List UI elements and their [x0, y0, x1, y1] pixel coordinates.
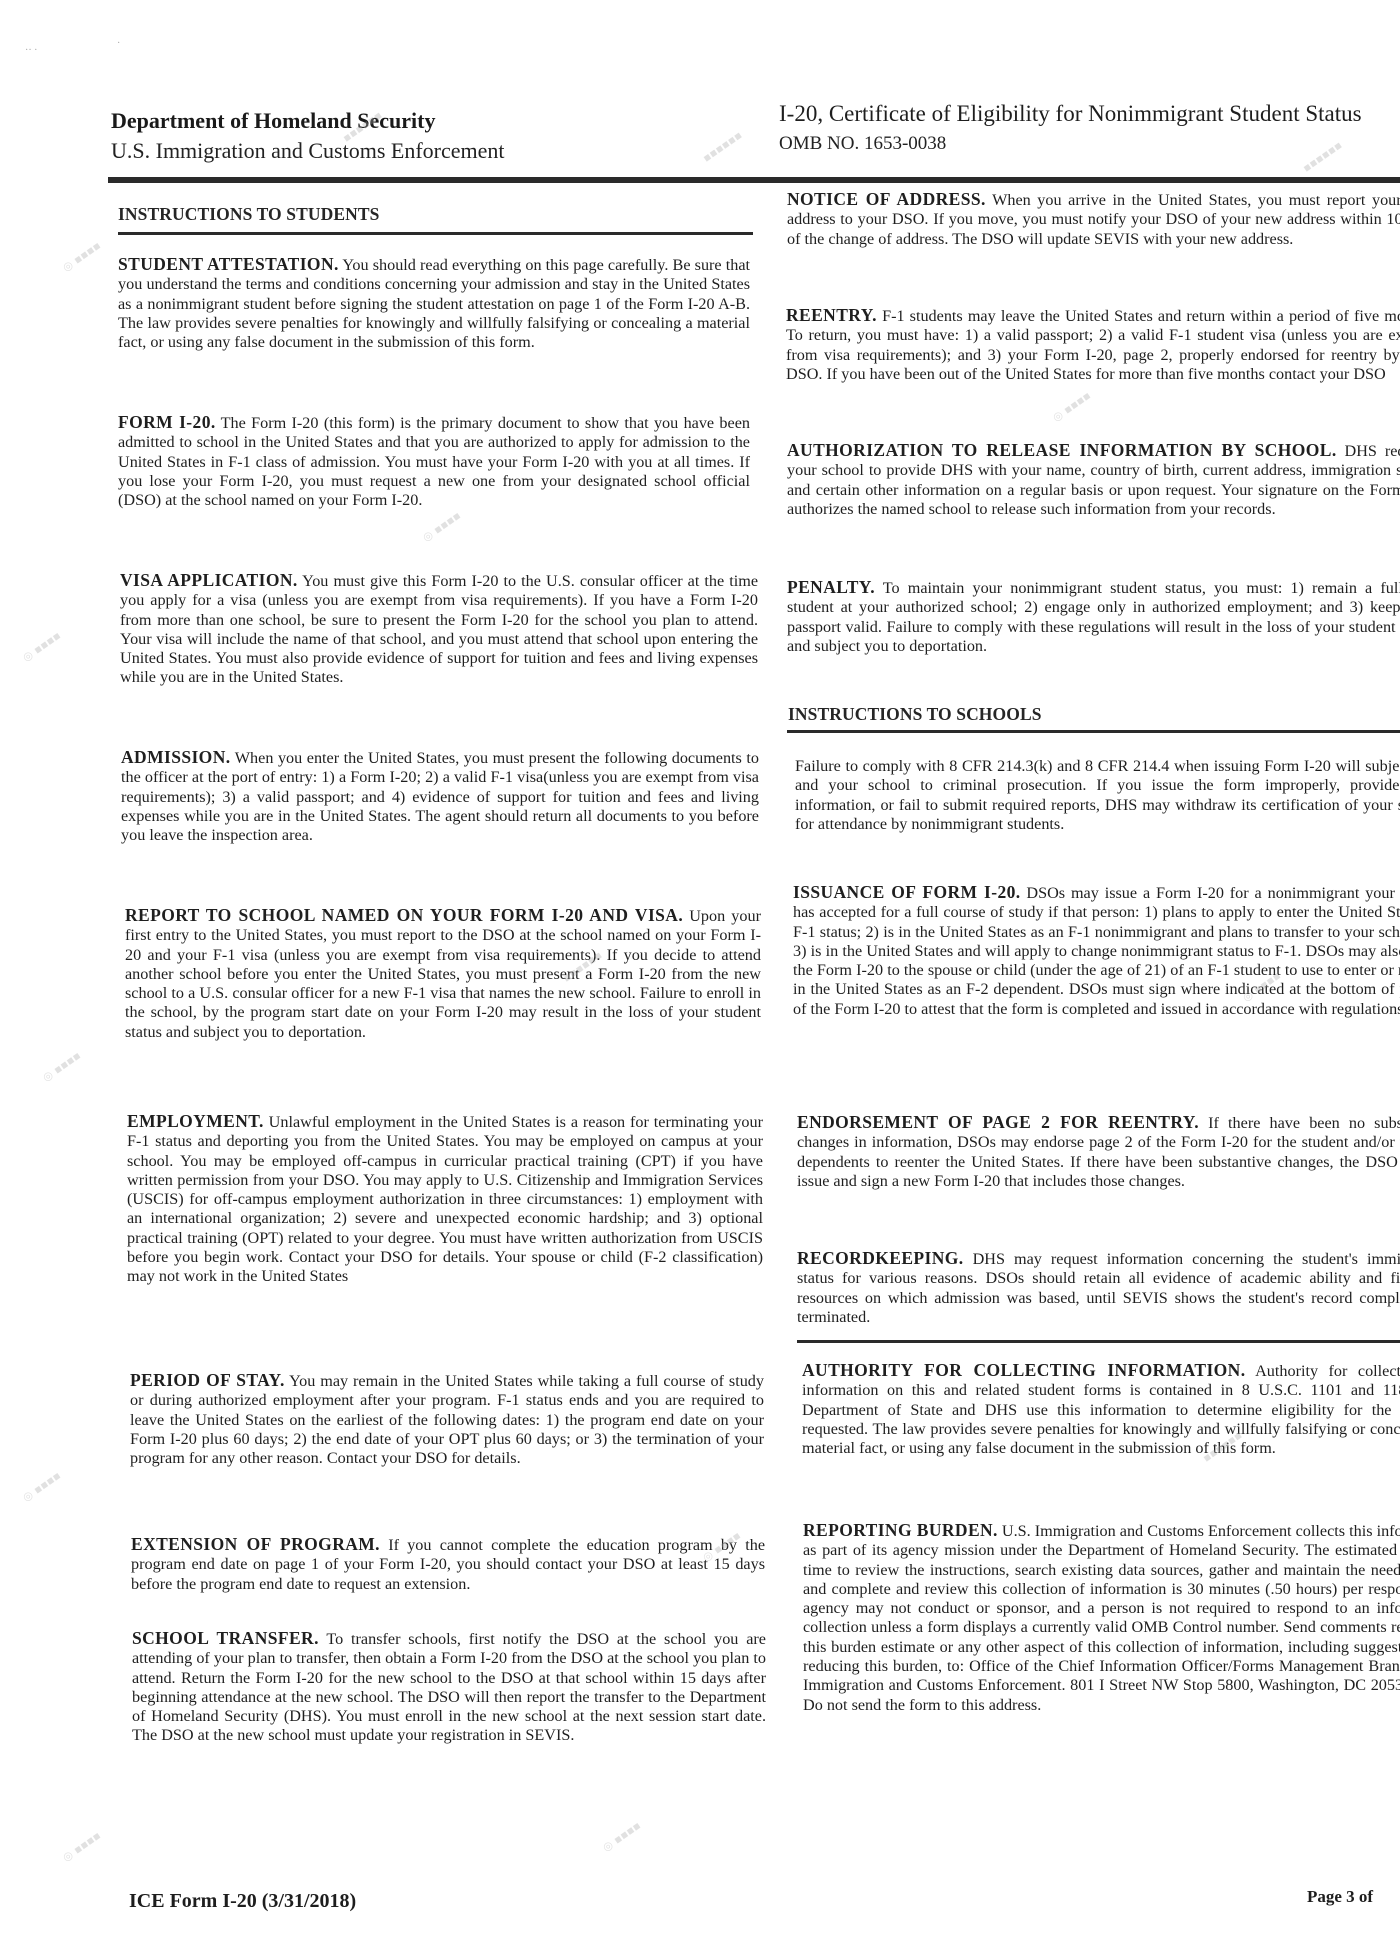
watermark: ◎ ▪▪▪▪ [1050, 389, 1093, 424]
form-title: I-20, Certificate of Eligibility for Non… [779, 98, 1400, 130]
document-page: ·· · · Department of Homeland Security U… [0, 0, 1400, 1937]
section-divider [797, 1340, 1400, 1343]
paragraph-recordkeeping: RECORDKEEPING. DHS may request informati… [797, 1249, 1400, 1327]
paragraph-notice-of-address: NOTICE OF ADDRESS. When you arrive in th… [787, 190, 1400, 249]
paragraph-admission: ADMISSION. When you enter the United Sta… [121, 748, 759, 845]
watermark: ◎ ▪▪▪▪ [60, 239, 103, 274]
paragraph-school-transfer: SCHOOL TRANSFER. To transfer schools, fi… [132, 1629, 766, 1746]
paragraph-endorsement-of-page-2: ENDORSEMENT OF PAGE 2 FOR REENTRY. If th… [797, 1113, 1400, 1191]
scan-artifact: ·· · [25, 45, 38, 56]
header-divider [108, 177, 1400, 183]
section-title-schools: INSTRUCTIONS TO SCHOOLS [788, 704, 1042, 725]
paragraph-reporting-burden: REPORTING BURDEN. U.S. Immigration and C… [803, 1521, 1400, 1715]
header-right: I-20, Certificate of Eligibility for Non… [779, 98, 1400, 158]
footer-form-id: ICE Form I-20 (3/31/2018) [129, 1890, 356, 1913]
paragraph-authorization-to-release: AUTHORIZATION TO RELEASE INFORMATION BY … [787, 441, 1400, 519]
watermark: ◎ ▪▪▪▪ [420, 509, 463, 544]
paragraph-period-of-stay: PERIOD OF STAY. You may remain in the Un… [130, 1371, 764, 1468]
watermark: ◎ ▪▪▪▪ [40, 1049, 83, 1084]
paragraph-reentry: REENTRY. F-1 students may leave the Unit… [786, 306, 1400, 384]
section-divider [118, 232, 753, 235]
header-left: Department of Homeland Security U.S. Imm… [111, 106, 505, 166]
paragraph-form-i20: FORM I-20. The Form I-20 (this form) is … [118, 413, 750, 510]
section-title-students: INSTRUCTIONS TO STUDENTS [118, 204, 379, 225]
watermark: ▪▪▪▪▪▪ [700, 128, 744, 164]
section-divider [787, 730, 1400, 733]
watermark: ◎ ▪▪▪▪ [20, 629, 63, 664]
paragraph-authority-for-collecting: AUTHORITY FOR COLLECTING INFORMATION. Au… [802, 1361, 1400, 1458]
paragraph-employment: EMPLOYMENT. Unlawful employment in the U… [127, 1112, 763, 1287]
paragraph-penalty: PENALTY. To maintain your nonimmigrant s… [787, 578, 1400, 656]
paragraph-student-attestation: STUDENT ATTESTATION. You should read eve… [118, 255, 750, 352]
paragraph-failure-to-comply: Failure to comply with 8 CFR 214.3(k) an… [795, 757, 1400, 834]
watermark: ◎ ▪▪▪▪ [60, 1829, 103, 1864]
scan-artifact: · [117, 38, 120, 49]
agency-name: U.S. Immigration and Customs Enforcement [111, 136, 505, 166]
department-name: Department of Homeland Security [111, 106, 505, 136]
paragraph-visa-application: VISA APPLICATION. You must give this For… [120, 571, 758, 688]
watermark: ◎ ▪▪▪▪ [20, 1469, 63, 1504]
paragraph-report-to-school: REPORT TO SCHOOL NAMED ON YOUR FORM I-20… [125, 906, 761, 1042]
watermark: ◎ ▪▪▪▪ [600, 1819, 643, 1854]
omb-number: OMB NO. 1653-0038 [779, 130, 1400, 158]
paragraph-issuance-of-form: ISSUANCE OF FORM I-20. DSOs may issue a … [793, 883, 1400, 1019]
paragraph-extension-of-program: EXTENSION OF PROGRAM. If you cannot comp… [131, 1535, 765, 1594]
footer-page-number: Page 3 of [1307, 1887, 1373, 1907]
